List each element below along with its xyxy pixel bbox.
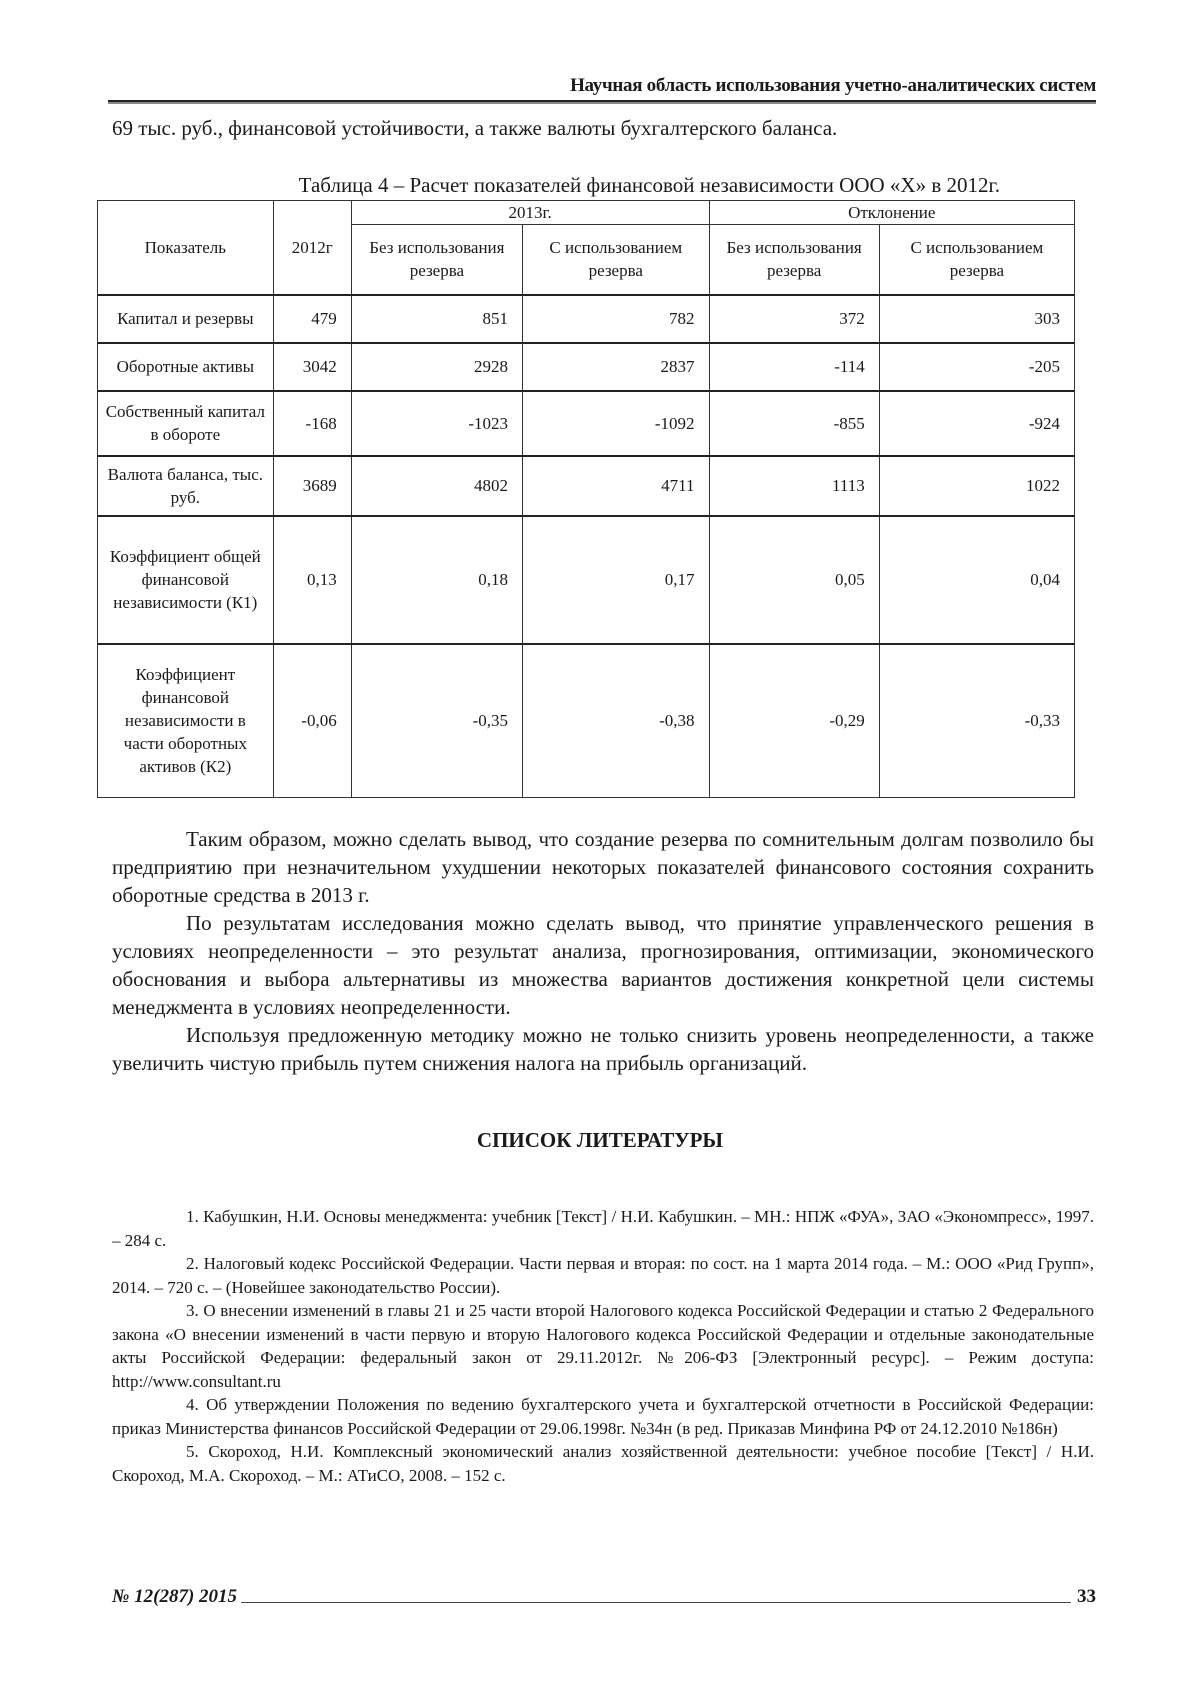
- row-value: 1113: [709, 456, 879, 516]
- row-label: Коэффициент финансовой независимости в ч…: [98, 644, 274, 798]
- row-value: 0,04: [879, 516, 1074, 644]
- table-row: Валюта баланса, тыс. руб.368948024711111…: [98, 456, 1075, 516]
- row-label: Коэффициент общей финансовой независимос…: [98, 516, 274, 644]
- header-indicator: Показатель: [98, 201, 274, 295]
- row-value: -855: [709, 391, 879, 456]
- references-title: СПИСОК ЛИТЕРАТУРЫ: [0, 1128, 1200, 1153]
- header-2013-with-reserve: С использованием резерва: [523, 225, 710, 295]
- row-value: 3689: [273, 456, 351, 516]
- table-row: Капитал и резервы479851782372303: [98, 295, 1075, 343]
- row-value: 2837: [523, 343, 710, 391]
- header-deviation-without-reserve: Без использования резерва: [709, 225, 879, 295]
- running-header: Научная область использования учетно-ана…: [108, 74, 1096, 102]
- reference-item: 2. Налоговый кодекс Российской Федерации…: [112, 1252, 1094, 1299]
- table-body: Капитал и резервы479851782372303Оборотны…: [98, 295, 1075, 798]
- page-footer: № 12(287) 2015 33: [112, 1582, 1096, 1608]
- row-label: Оборотные активы: [98, 343, 274, 391]
- reference-item: 4. Об утверждении Положения по ведению б…: [112, 1393, 1094, 1440]
- issue-number: № 12(287) 2015: [112, 1586, 237, 1608]
- row-value: 1022: [879, 456, 1074, 516]
- row-label: Валюта баланса, тыс. руб.: [98, 456, 274, 516]
- header-group-deviation: Отклонение: [709, 201, 1074, 225]
- header-deviation-with-reserve: С использованием резерва: [879, 225, 1074, 295]
- table-row: Собственный капитал в обороте-168-1023-1…: [98, 391, 1075, 456]
- row-value: -0,29: [709, 644, 879, 798]
- intro-line: 69 тыс. руб., финансовой устойчивости, а…: [112, 115, 837, 141]
- row-value: -0,33: [879, 644, 1074, 798]
- references-list: 1. Кабушкин, Н.И. Основы менеджмента: уч…: [112, 1205, 1094, 1487]
- row-value: -0,35: [351, 644, 522, 798]
- row-value: 303: [879, 295, 1074, 343]
- row-value: 782: [523, 295, 710, 343]
- row-label: Капитал и резервы: [98, 295, 274, 343]
- financial-independence-table: Показатель 2012г 2013г. Отклонение Без и…: [97, 200, 1075, 798]
- paragraph: По результатам исследования можно сделат…: [112, 909, 1094, 1021]
- row-value: 479: [273, 295, 351, 343]
- row-value: 0,17: [523, 516, 710, 644]
- paragraph: Таким образом, можно сделать вывод, что …: [112, 825, 1094, 909]
- row-value: 0,13: [273, 516, 351, 644]
- row-value: -114: [709, 343, 879, 391]
- row-label: Собственный капитал в обороте: [98, 391, 274, 456]
- row-value: -168: [273, 391, 351, 456]
- row-value: -1092: [523, 391, 710, 456]
- header-2012: 2012г: [273, 201, 351, 295]
- table-caption-text: Таблица 4 – Расчет показателей финансово…: [299, 172, 1000, 198]
- table-row: Коэффициент общей финансовой независимос…: [98, 516, 1075, 644]
- row-value: 372: [709, 295, 879, 343]
- row-value: 4802: [351, 456, 522, 516]
- reference-item: 5. Скороход, Н.И. Комплексный экономичес…: [112, 1440, 1094, 1487]
- table-row: Оборотные активы304229282837-114-205: [98, 343, 1075, 391]
- row-value: 0,18: [351, 516, 522, 644]
- reference-item: 3. О внесении изменений в главы 21 и 25 …: [112, 1299, 1094, 1393]
- table-row: Коэффициент финансовой независимости в ч…: [98, 644, 1075, 798]
- row-value: -0,06: [273, 644, 351, 798]
- header-group-2013: 2013г.: [351, 201, 709, 225]
- row-value: 3042: [273, 343, 351, 391]
- reference-item: 1. Кабушкин, Н.И. Основы менеджмента: уч…: [112, 1205, 1094, 1252]
- paragraph: Используя предложенную методику можно не…: [112, 1021, 1094, 1077]
- row-value: 851: [351, 295, 522, 343]
- footer-rule: [241, 1602, 1071, 1603]
- row-value: 2928: [351, 343, 522, 391]
- row-value: 4711: [523, 456, 710, 516]
- row-value: -205: [879, 343, 1074, 391]
- header-2013-without-reserve: Без использования резерва: [351, 225, 522, 295]
- table-caption: Таблица 4 – Расчет показателей финансово…: [97, 172, 1075, 198]
- page-number: 33: [1077, 1586, 1096, 1608]
- row-value: -924: [879, 391, 1074, 456]
- row-value: 0,05: [709, 516, 879, 644]
- row-value: -0,38: [523, 644, 710, 798]
- body-text: Таким образом, можно сделать вывод, что …: [112, 825, 1094, 1077]
- row-value: -1023: [351, 391, 522, 456]
